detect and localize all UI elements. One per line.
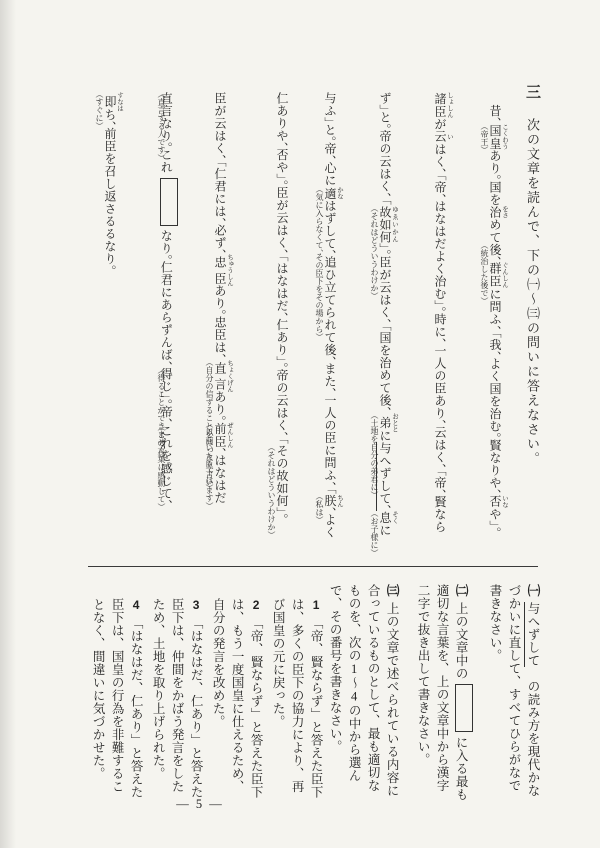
answer-option: 2「帝、賢ならず」と答えた臣下は、もう一度国皇に仕えるため、自分の発言を改めた。: [208, 598, 265, 804]
passage-text: 云い: [433, 130, 447, 143]
passage-text: 前臣ぜんしん: [213, 422, 227, 448]
passage-text: 仁ありや、否や」。臣が云はく、「はなはだ、仁あり」。帝の云はく、「: [275, 92, 289, 445]
passage-text: に: [378, 524, 392, 537]
option-text: 「はなはだ、仁あり」と答えた臣下は、仲間をかばう発言をしたため、土地を取り上げら…: [151, 598, 203, 799]
passage-text: 治をさ: [488, 206, 502, 219]
question-label: ㈡: [454, 584, 468, 597]
answer-option: 4「はなはだ、仁あり」と答えた臣下は、国皇の行為を非難することなく、間違いに気づ…: [88, 598, 145, 804]
passage-text: 臣が云はく、「仁君には、必ず、: [213, 92, 227, 256]
question-item: ㈡上の文章中のに入る最も適切な言葉を、上の文章中から漢字二字で抜き出して書きなさ…: [413, 584, 473, 804]
passage-line: 与ふ」と。帝、心に（気に入らなくて、その臣下をその場から）適かなはずして、追ひ立…: [323, 92, 343, 566]
passage-text: 弟おとと: [378, 413, 392, 430]
side-note-text: （すぐに）: [94, 94, 104, 234]
side-note-text: （以前いた臣下は）: [204, 424, 214, 564]
passage-text: 」。臣が云はく、「国を治めて後、: [378, 243, 392, 413]
passage-line: 仁ありや、否や」。臣が云はく、「はなはだ、仁あり」。帝の云はく、「（それはどうい…: [268, 92, 288, 566]
passage-text: はく、「帝、はなはだよく治む」。時に、一人の臣あり、云はく、「帝、賢なら: [433, 143, 447, 533]
passage-text: なり。仁君にあらずんば、: [159, 230, 173, 368]
passage-text: 上の文章で述べられている内容に合っているものとして、最も適切なものを、次の1～4…: [328, 584, 399, 797]
passage-text: 国皇こくわう: [488, 124, 502, 150]
side-note-text: （直言する人です）: [156, 94, 166, 234]
side-note-text: （気に入らなくて、その臣下をその場から）: [314, 189, 324, 329]
passage-line: （直言する人です）直言なり。これなり。仁君にあらずんば、（得ることができません）…: [158, 92, 178, 566]
passage-text: ち、前臣を召し返さるるなり。: [103, 109, 117, 272]
passage-text: 直言ちょくげん: [213, 360, 227, 391]
passage-text: あり。忠臣は、: [213, 284, 227, 360]
passage-line: 昔、（帝王）国皇こくわうあり。国を治をさめて（統治した後で）後、群臣ぐんしんに問…: [488, 92, 508, 566]
section-instruction: 次の文章を読んで、下の㈠～㈢の問いに答えなさい。: [525, 118, 540, 466]
question-label: ㈢: [385, 584, 399, 597]
passage-line: ず」と。帝の云はく、「（それはどういうわけか）故如何ゆゑいかん」。臣が云はく、「…: [378, 92, 398, 566]
side-note-text: （統治した後で）: [479, 245, 489, 385]
passage-text: ず」と。帝の云はく、「: [378, 92, 392, 206]
section-divider: [88, 566, 538, 567]
fill-in-blank-box: [455, 684, 473, 732]
passage-area: 三 次の文章を読んで、下の㈠～㈢の問いに答えなさい。 昔、（帝王）国皇こくわうあ…: [68, 84, 543, 566]
passage-text: が: [433, 118, 447, 131]
passage-text: 群臣ぐんしん: [488, 262, 502, 288]
section-number: 三: [524, 84, 540, 101]
scan-edge-shadow: [0, 0, 16, 848]
passage-text: 後、: [488, 243, 502, 262]
side-note-text: （それはどういうわけか）: [369, 208, 379, 348]
question-item: ㈠与へずして の読み方を現代かなづかいに直して、すべてひらがなで書きなさい。: [485, 584, 542, 804]
option-number: 3: [189, 598, 203, 613]
passage-text: 適かな: [323, 187, 337, 200]
option-text: 「はなはだ、仁あり」と答えた臣下は、国皇の行為を非難することなく、間違いに気づか…: [91, 598, 143, 799]
answer-option: 1「帝、賢ならず」と答えた臣下は、多くの臣下の協力により、再び国皇の元に戻った。: [268, 598, 325, 804]
question-text: 与へずして の読み方を現代かなづかいに直して、すべてひらがなで書きなさい。: [488, 584, 540, 797]
passage-text: 朕ちん: [323, 494, 337, 507]
passage-text: めて: [488, 218, 502, 243]
passage-line: （すぐに）即すなはち、前臣を召し返さるるなり。: [103, 92, 123, 566]
passage-text: はずして、追ひ立てられて後、また、一人の臣に問ふ、「: [323, 199, 337, 494]
passage-text: や」。: [488, 508, 502, 534]
passage-text: あり。: [213, 390, 227, 422]
passage-text: 上の文章中の: [454, 602, 468, 680]
passage-text: 忠臣ちゅうしん: [213, 256, 227, 285]
option-number: 2: [249, 598, 263, 613]
passage-text: 昔、: [488, 92, 502, 124]
option-text: 「帝、賢ならず」と答えた臣下は、もう一度国皇に仕えるため、自分の発言を改めた。: [211, 598, 263, 799]
section-heading: 三 次の文章を読んで、下の㈠～㈢の問いに答えなさい。: [522, 84, 543, 566]
option-text: 「帝、賢ならず」と答えた臣下は、多くの臣下の協力により、再び国皇の元に戻った。: [271, 598, 323, 799]
passage-text: その故如何」。: [275, 445, 289, 521]
passage-text: 与ふ」と。帝、心に: [323, 92, 337, 187]
passage-text: 故如何ゆゑいかん: [378, 206, 392, 244]
marked-phrase: 与へずして: [524, 602, 541, 667]
option-number: 1: [309, 598, 323, 613]
passage-text: 即すなは: [103, 92, 117, 109]
side-note-text: （この言葉に感動して）: [156, 427, 166, 567]
passage-text: 諸臣しょしん: [433, 92, 447, 118]
passage-text: 、はなはだ: [213, 448, 227, 505]
question-item: ㈢上の文章で述べられている内容に合っているものとして、最も適切なものを、次の1～…: [88, 584, 401, 804]
passage-text-block: 昔、（帝王）国皇こくわうあり。国を治をさめて（統治した後で）後、群臣ぐんしんに問…: [103, 84, 508, 566]
page-number: — 5 —: [168, 797, 232, 812]
passage-text: あり。国を: [488, 149, 502, 206]
passage-text: 息そく: [378, 511, 392, 524]
passage-text: に問ふ、「我、よく国を治む。賢なりや、: [488, 288, 502, 496]
passage-text: に: [378, 430, 392, 443]
answer-option: 3「はなはだ、仁あり」と答えた臣下は、仲間をかばう発言をしたため、土地を取り上げ…: [148, 598, 205, 804]
passage-text: 否いな: [488, 495, 502, 508]
question-label: ㈠: [526, 584, 540, 597]
question-text: 上の文章で述べられている内容に合っているものとして、最も適切なものを、次の1～4…: [328, 584, 399, 797]
passage-line: 臣が云はく、「仁君には、必ず、忠臣ちゅうしんあり。忠臣は、（自分の信ずることをは…: [213, 92, 233, 566]
questions-area: ㈠与へずして の読み方を現代かなづかいに直して、すべてひらがなで書きなさい。㈡上…: [76, 584, 542, 804]
option-number: 4: [129, 598, 143, 613]
passage-text: 、よく: [323, 507, 337, 539]
question-text: 上の文章中のに入る最も適切な言葉を、上の文章中から漢字二字で抜き出して書きなさい…: [416, 584, 468, 801]
passage-line: 諸臣しょしんが云いはく、「帝、はなはだよく治む」。時に、一人の臣あり、云はく、「…: [433, 92, 453, 566]
